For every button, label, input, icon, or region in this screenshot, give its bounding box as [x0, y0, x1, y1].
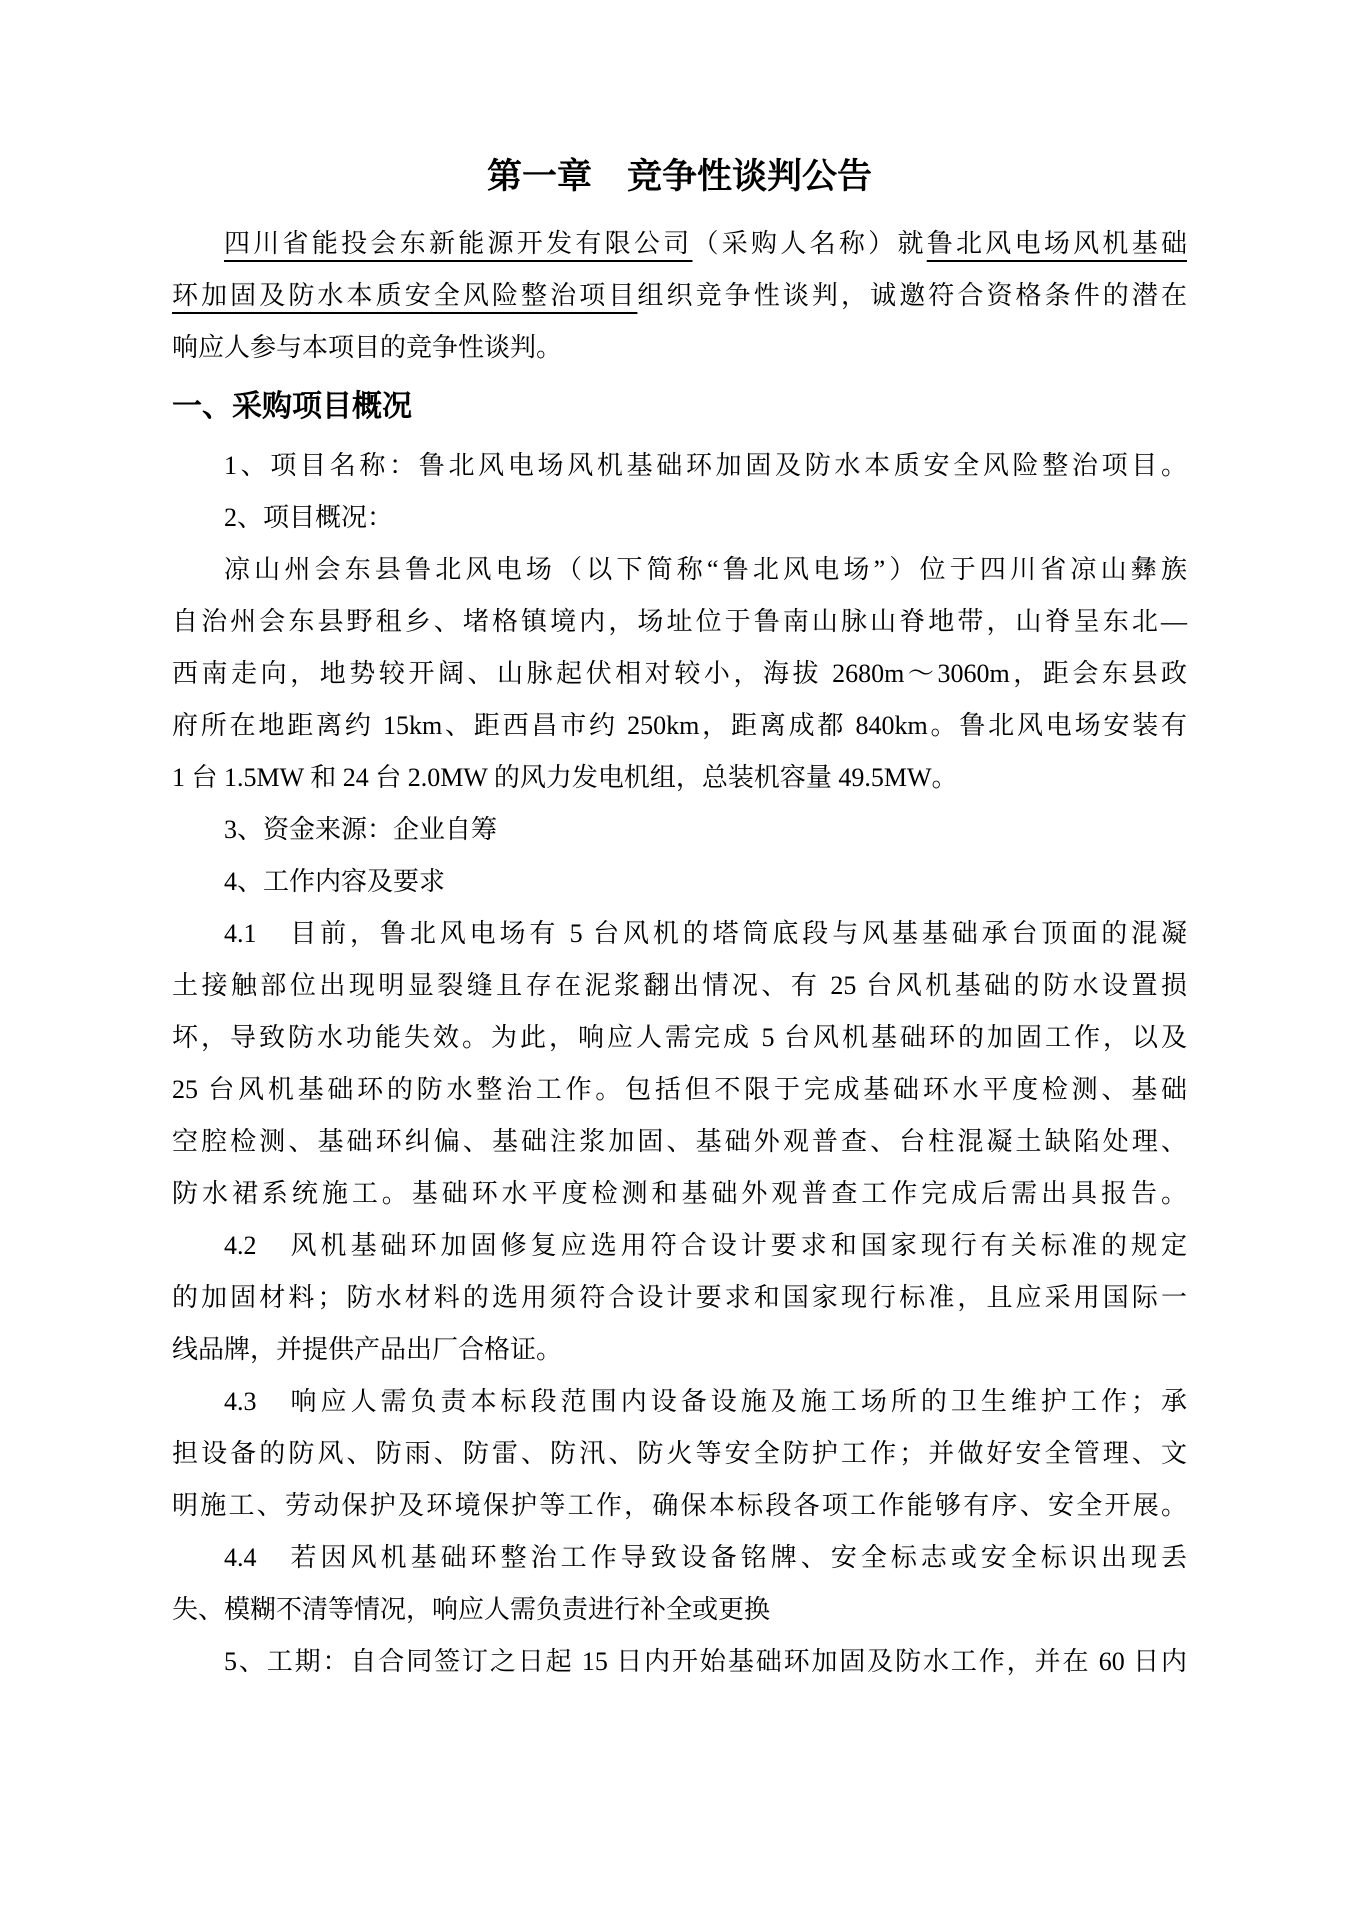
paragraph-line: 4.2 风机基础环加固修复应选用符合设计要求和国家现行有关标准的规定: [172, 1220, 1187, 1272]
text-segment: 失、模糊不清等情况，响应人需负责进行补全或更换: [172, 1595, 770, 1624]
text-segment: 府所在地距离约 15km、距西昌市约 250km，距离成都 840km。鲁北风电…: [172, 711, 1187, 740]
underlined-text: 四川省能投会东新能源开发有限公司: [224, 229, 692, 258]
text-segment: 土接触部位出现明显裂缝且存在泥浆翻出情况、有 25 台风机基础的防水设置损: [172, 971, 1187, 1000]
text-segment: 4.1 目前，鲁北风电场有 5 台风机的塔筒底段与风基基础承台顶面的混凝: [224, 919, 1187, 948]
text-segment: 4.4 若因风机基础环整治工作导致设备铭牌、安全标志或安全标识出现丢: [224, 1543, 1187, 1572]
paragraph-line: 25 台风机基础环的防水整治工作。包括但不限于完成基础环水平度检测、基础: [172, 1064, 1187, 1116]
text-segment: 1 台 1.5MW 和 24 台 2.0MW 的风力发电机组，总装机容量 49.…: [172, 763, 958, 792]
paragraph-line: 防水裙系统施工。基础环水平度检测和基础外观普查工作完成后需出具报告。: [172, 1168, 1187, 1220]
paragraph-line: 西南走向，地势较开阔、山脉起伏相对较小，海拔 2680m～3060m，距会东县政: [172, 648, 1187, 700]
paragraph-line: 1 台 1.5MW 和 24 台 2.0MW 的风力发电机组，总装机容量 49.…: [172, 752, 1187, 804]
text-segment: 自治州会东县野租乡、堵格镇境内，场址位于鲁南山脉山脊地带，山脊呈东北—: [172, 607, 1187, 636]
paragraph-line: 土接触部位出现明显裂缝且存在泥浆翻出情况、有 25 台风机基础的防水设置损: [172, 960, 1187, 1012]
paragraph-line: 凉山州会东县鲁北风电场（以下简称“鲁北风电场”）位于四川省凉山彝族: [172, 544, 1187, 596]
paragraph-line: 失、模糊不清等情况，响应人需负责进行补全或更换: [172, 1584, 1187, 1636]
text-segment: 4、工作内容及要求: [224, 867, 445, 896]
text-segment: 坏，导致防水功能失效。为此，响应人需完成 5 台风机基础环的加固工作，以及: [172, 1023, 1187, 1052]
text-segment: 4.2 风机基础环加固修复应选用符合设计要求和国家现行有关标准的规定: [224, 1231, 1187, 1260]
paragraph-line: 府所在地距离约 15km、距西昌市约 250km，距离成都 840km。鲁北风电…: [172, 700, 1187, 752]
text-segment: 1、项目名称：鲁北风电场风机基础环加固及防水本质安全风险整治项目。: [224, 451, 1187, 480]
text-segment: 担设备的防风、防雨、防雷、防汛、防火等安全防护工作；并做好安全管理、文: [172, 1439, 1187, 1468]
text-segment: 明施工、劳动保护及环境保护等工作，确保本标段各项工作能够有序、安全开展。: [172, 1491, 1187, 1520]
underlined-text: 鲁北风电场风机基础: [927, 229, 1187, 258]
paragraph-line: 空腔检测、基础环纠偏、基础注浆加固、基础外观普查、台柱混凝土缺陷处理、: [172, 1116, 1187, 1168]
text-segment: 的加固材料；防水材料的选用须符合设计要求和国家现行标准，且应采用国际一: [172, 1283, 1187, 1312]
text-segment: 4.3 响应人需负责本标段范围内设备设施及施工场所的卫生维护工作；承: [224, 1387, 1187, 1416]
paragraph-line: 4、工作内容及要求: [172, 856, 1187, 908]
chapter-title: 第一章 竞争性谈判公告: [172, 140, 1187, 214]
underlined-text: 环加固及防水本质安全风险整治项目: [172, 281, 637, 310]
paragraph-line: 4.4 若因风机基础环整治工作导致设备铭牌、安全标志或安全标识出现丢: [172, 1532, 1187, 1584]
paragraph-line: 3、资金来源：企业自筹: [172, 804, 1187, 856]
text-segment: 线品牌，并提供产品出厂合格证。: [172, 1335, 562, 1364]
paragraph-line: 明施工、劳动保护及环境保护等工作，确保本标段各项工作能够有序、安全开展。: [172, 1480, 1187, 1532]
paragraph-line: 1、项目名称：鲁北风电场风机基础环加固及防水本质安全风险整治项目。: [172, 440, 1187, 492]
paragraph-line: 4.3 响应人需负责本标段范围内设备设施及施工场所的卫生维护工作；承: [172, 1376, 1187, 1428]
text-segment: 3、资金来源：企业自筹: [224, 815, 497, 844]
text-segment: 一、采购项目概况: [172, 390, 412, 423]
text-segment: 第一章 竞争性谈判公告: [487, 157, 872, 196]
paragraph-line: 5、工期：自合同签订之日起 15 日内开始基础环加固及防水工作，并在 60 日内: [172, 1636, 1187, 1688]
paragraph-line: 担设备的防风、防雨、防雷、防汛、防火等安全防护工作；并做好安全管理、文: [172, 1428, 1187, 1480]
paragraph-line: 2、项目概况：: [172, 492, 1187, 544]
document-content: 第一章 竞争性谈判公告四川省能投会东新能源开发有限公司（采购人名称）就鲁北风电场…: [172, 140, 1187, 1688]
paragraph-line: 响应人参与本项目的竞争性谈判。: [172, 322, 1187, 374]
paragraph-line: 线品牌，并提供产品出厂合格证。: [172, 1324, 1187, 1376]
paragraph-line: 自治州会东县野租乡、堵格镇境内，场址位于鲁南山脉山脊地带，山脊呈东北—: [172, 596, 1187, 648]
paragraph-line: 四川省能投会东新能源开发有限公司（采购人名称）就鲁北风电场风机基础: [172, 218, 1187, 270]
text-segment: 空腔检测、基础环纠偏、基础注浆加固、基础外观普查、台柱混凝土缺陷处理、: [172, 1127, 1187, 1156]
text-segment: 组织竞争性谈判，诚邀符合资格条件的潜在: [637, 281, 1187, 310]
text-segment: 响应人参与本项目的竞争性谈判。: [172, 333, 562, 362]
text-segment: 25 台风机基础环的防水整治工作。包括但不限于完成基础环水平度检测、基础: [172, 1075, 1187, 1104]
paragraph-line: 的加固材料；防水材料的选用须符合设计要求和国家现行标准，且应采用国际一: [172, 1272, 1187, 1324]
section-heading: 一、采购项目概况: [172, 374, 1187, 440]
text-segment: 2、项目概况：: [224, 503, 393, 532]
paragraph-line: 4.1 目前，鲁北风电场有 5 台风机的塔筒底段与风基基础承台顶面的混凝: [172, 908, 1187, 960]
paragraph-line: 环加固及防水本质安全风险整治项目组织竞争性谈判，诚邀符合资格条件的潜在: [172, 270, 1187, 322]
text-segment: （采购人名称）就: [692, 229, 926, 258]
text-segment: 5、工期：自合同签订之日起 15 日内开始基础环加固及防水工作，并在 60 日内: [224, 1647, 1187, 1676]
text-segment: 凉山州会东县鲁北风电场（以下简称“鲁北风电场”）位于四川省凉山彝族: [224, 555, 1187, 584]
document-page: 第一章 竞争性谈判公告四川省能投会东新能源开发有限公司（采购人名称）就鲁北风电场…: [0, 0, 1357, 1920]
paragraph-line: 坏，导致防水功能失效。为此，响应人需完成 5 台风机基础环的加固工作，以及: [172, 1012, 1187, 1064]
text-segment: 防水裙系统施工。基础环水平度检测和基础外观普查工作完成后需出具报告。: [172, 1179, 1187, 1208]
text-segment: 西南走向，地势较开阔、山脉起伏相对较小，海拔 2680m～3060m，距会东县政: [172, 659, 1187, 688]
